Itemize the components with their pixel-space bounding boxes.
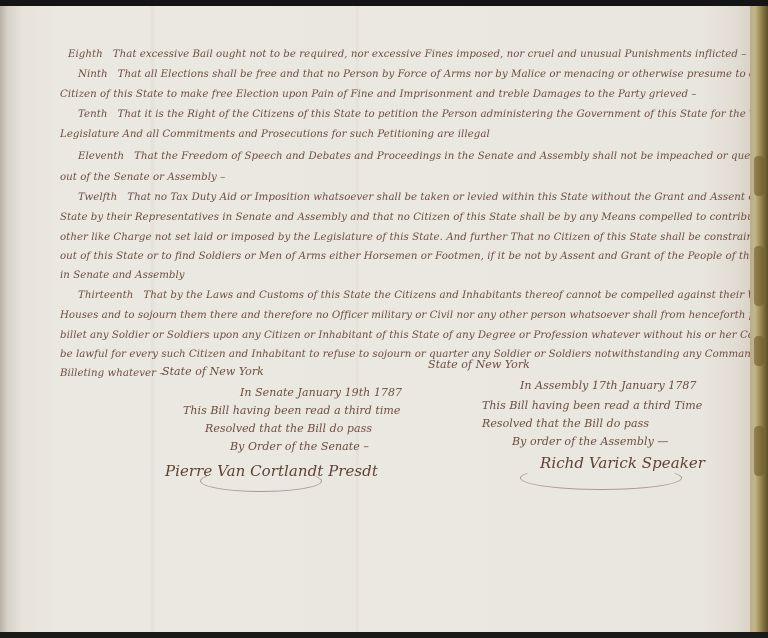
article-twelfth-cont: out of this State or to find Soldiers or… (60, 251, 768, 262)
article-twelfth-cont: State by their Representatives in Senate… (60, 212, 768, 223)
article-ninth: NinthThat all Elections shall be free an… (78, 69, 768, 80)
signature-flourish (520, 466, 682, 490)
article-label: Ninth (78, 69, 108, 80)
article-thirteenth: ThirteenthThat by the Laws and Customs o… (78, 290, 768, 301)
article-thirteenth-cont: be lawful for every such Citizen and Inh… (60, 349, 768, 360)
article-thirteenth-cont: Billeting whatever – (60, 368, 164, 379)
article-twelfth-cont: other like Charge not set laid or impose… (60, 232, 768, 243)
assembly-date: In Assembly 17th January 1787 (520, 379, 696, 392)
article-label: Tenth (78, 109, 108, 120)
article-twelfth: TwelfthThat no Tax Duty Aid or Impositio… (78, 192, 768, 203)
article-label: Thirteenth (78, 290, 133, 301)
article-label: Eighth (68, 49, 103, 60)
article-thirteenth-cont: billet any Soldier or Soldiers upon any … (60, 330, 768, 341)
article-tenth: TenthThat it is the Right of the Citizen… (78, 109, 768, 120)
article-thirteenth-cont: Houses and to sojourn them there and the… (60, 310, 768, 321)
signature-flourish (200, 470, 322, 492)
article-text: That the Freedom of Speech and Debates a… (134, 151, 768, 162)
senate-line-1: This Bill having been read a third time (183, 404, 400, 417)
article-label: Eleventh (78, 151, 124, 162)
article-twelfth-cont: in Senate and Assembly (60, 270, 185, 281)
senate-date: In Senate January 19th 1787 (240, 386, 402, 399)
article-ninth-cont: Citizen of this State to make free Elect… (60, 89, 697, 100)
article-tenth-cont: Legislature And all Commitments and Pros… (60, 129, 490, 140)
assembly-line-3: By order of the Assembly — (512, 435, 668, 448)
article-text: That it is the Right of the Citizens of … (118, 109, 768, 120)
binding-edge (750, 6, 768, 636)
senate-line-2: Resolved that the Bill do pass (205, 422, 372, 435)
assembly-line-2: Resolved that the Bill do pass (482, 417, 649, 430)
article-eighth: EighthThat excessive Bail ought not to b… (68, 49, 746, 60)
assembly-line-1: This Bill having been read a third Time (482, 399, 702, 412)
article-label: Twelfth (78, 192, 117, 203)
article-text: That excessive Bail ought not to be requ… (113, 49, 747, 60)
document-page: EighthThat excessive Bail ought not to b… (0, 6, 750, 637)
article-text: That by the Laws and Customs of this Sta… (143, 290, 768, 301)
article-text: That all Elections shall be free and tha… (118, 69, 768, 80)
article-eleventh: EleventhThat the Freedom of Speech and D… (78, 151, 768, 162)
scan-border (0, 632, 768, 638)
assembly-state: State of New York (428, 358, 530, 371)
article-eleventh-cont: out of the Senate or Assembly – (60, 172, 225, 183)
article-text: That no Tax Duty Aid or Imposition whats… (127, 192, 768, 203)
senate-state: State of New York (162, 365, 264, 378)
senate-line-3: By Order of the Senate – (230, 440, 369, 453)
